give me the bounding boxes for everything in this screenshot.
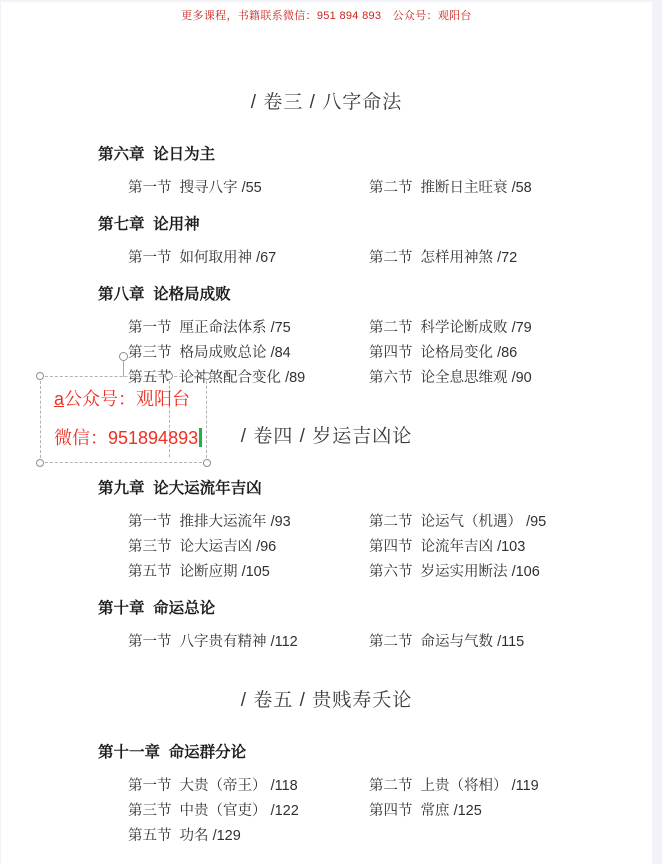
chapter-11: 第十一章 命运群分论 第一节 大贵（帝王） /118 第二节 上贵（将相） /1… — [1, 742, 652, 849]
toc-entry — [369, 824, 652, 849]
chapter-7: 第七章 论用神 第一节 如何取用神 /67 第二节 怎样用神煞 /72 — [1, 214, 652, 271]
toc-entry: 第五节 功名 /129 — [128, 824, 369, 849]
annotation-text: 微信：951894893 — [54, 428, 198, 448]
annotation-prefix: a — [54, 389, 64, 409]
document-page: 更多课程，书籍联系微信：951 894 893 公众号：观阳台 / 卷三 / 八… — [1, 2, 652, 864]
chapter-title: 第七章 论用神 — [98, 214, 652, 235]
resize-handle-top-left[interactable] — [36, 372, 44, 380]
volume-title: / 卷五 / 贵贱寿夭论 — [1, 688, 652, 714]
toc-entry: 第三节 论大运吉凶 /96 — [128, 535, 369, 560]
toc-entry: 第二节 推断日主旺衰 /58 — [369, 176, 652, 201]
toc-row: 第三节 论大运吉凶 /96 第四节 论流年吉凶 /103 — [128, 535, 652, 560]
toc-row: 第一节 大贵（帝王） /118 第二节 上贵（将相） /119 — [128, 774, 652, 799]
chapter-6: 第六章 论日为主 第一节 搜寻八字 /55 第二节 推断日主旺衰 /58 — [1, 144, 652, 201]
toc-entry: 第四节 论格局变化 /86 — [369, 341, 652, 366]
toc-entry: 第三节 中贵（官吏） /122 — [128, 799, 369, 824]
toc-entry: 第一节 如何取用神 /67 — [128, 246, 369, 271]
toc-entry: 第一节 推排大运流年 /93 — [128, 510, 369, 535]
toc-entry: 第二节 命运与气数 /115 — [369, 630, 652, 655]
volume-title: / 卷三 / 八字命法 — [1, 90, 652, 116]
resize-handle-top-mid[interactable] — [165, 372, 173, 380]
toc-entry: 第二节 怎样用神煞 /72 — [369, 246, 652, 271]
annotation-textbox[interactable]: a公众号：观阳台 微信：951894893 — [40, 376, 207, 463]
rotate-handle-stem — [123, 361, 124, 377]
chapter-title: 第九章 论大运流年吉凶 — [98, 478, 652, 499]
toc-row: 第一节 推排大运流年 /93 第二节 论运气（机遇） /95 — [128, 510, 652, 535]
toc-row: 第三节 格局成败总论 /84 第四节 论格局变化 /86 — [128, 341, 652, 366]
chapter-10: 第十章 命运总论 第一节 八字贵有精神 /112 第二节 命运与气数 /115 — [1, 598, 652, 655]
toc-row: 第三节 中贵（官吏） /122 第四节 常庶 /125 — [128, 799, 652, 824]
text-cursor[interactable] — [199, 428, 202, 447]
toc-entry: 第四节 常庶 /125 — [369, 799, 652, 824]
toc-entry: 第四节 论流年吉凶 /103 — [369, 535, 652, 560]
toc-row: 第一节 八字贵有精神 /112 第二节 命运与气数 /115 — [128, 630, 652, 655]
chapter-title: 第十一章 命运群分论 — [98, 742, 652, 763]
toc-entry: 第一节 八字贵有精神 /112 — [128, 630, 369, 655]
toc-entry: 第二节 上贵（将相） /119 — [369, 774, 652, 799]
toc-row: 第一节 厘正命法体系 /75 第二节 科学论断成败 /79 — [128, 316, 652, 341]
chapter-8: 第八章 论格局成败 第一节 厘正命法体系 /75 第二节 科学论断成败 /79 … — [1, 284, 652, 391]
toc-entry: 第三节 格局成败总论 /84 — [128, 341, 369, 366]
chapter-title: 第十章 命运总论 — [98, 598, 652, 619]
toc-entry: 第一节 搜寻八字 /55 — [128, 176, 369, 201]
toc-row: 第五节 论断应期 /105 第六节 岁运实用断法 /106 — [128, 560, 652, 585]
toc-entry: 第一节 大贵（帝王） /118 — [128, 774, 369, 799]
resize-handle-bottom-left[interactable] — [36, 459, 44, 467]
annotation-line-1: a公众号：观阳台 — [54, 385, 190, 411]
toc-row: 第五节 功名 /129 — [128, 824, 652, 849]
toc-entry: 第五节 论断应期 /105 — [128, 560, 369, 585]
toc-entry: 第二节 科学论断成败 /79 — [369, 316, 652, 341]
toc-row: 第一节 搜寻八字 /55 第二节 推断日主旺衰 /58 — [128, 176, 652, 201]
toc-entry: 第六节 论全息思维观 /90 — [369, 366, 652, 391]
resize-handle-bottom-right[interactable] — [203, 459, 211, 467]
toc-entry: 第一节 厘正命法体系 /75 — [128, 316, 369, 341]
toc-entry: 第二节 论运气（机遇） /95 — [369, 510, 652, 535]
chapter-title: 第六章 论日为主 — [98, 144, 652, 165]
toc-row: 第一节 如何取用神 /67 第二节 怎样用神煞 /72 — [128, 246, 652, 271]
resize-handle-top-right[interactable] — [203, 372, 211, 380]
annotation-line-2: 微信：951894893 — [54, 424, 202, 450]
annotation-text: 公众号：观阳台 — [64, 389, 190, 409]
toc-entry: 第六节 岁运实用断法 /106 — [369, 560, 652, 585]
volume-3: / 卷三 / 八字命法 第六章 论日为主 第一节 搜寻八字 /55 第二节 推断… — [1, 90, 652, 391]
volume-5: / 卷五 / 贵贱寿夭论 第十一章 命运群分论 第一节 大贵（帝王） /118 … — [1, 688, 652, 849]
chapter-9: 第九章 论大运流年吉凶 第一节 推排大运流年 /93 第二节 论运气（机遇） /… — [1, 478, 652, 585]
rotate-handle[interactable] — [119, 352, 128, 361]
chapter-title: 第八章 论格局成败 — [98, 284, 652, 305]
